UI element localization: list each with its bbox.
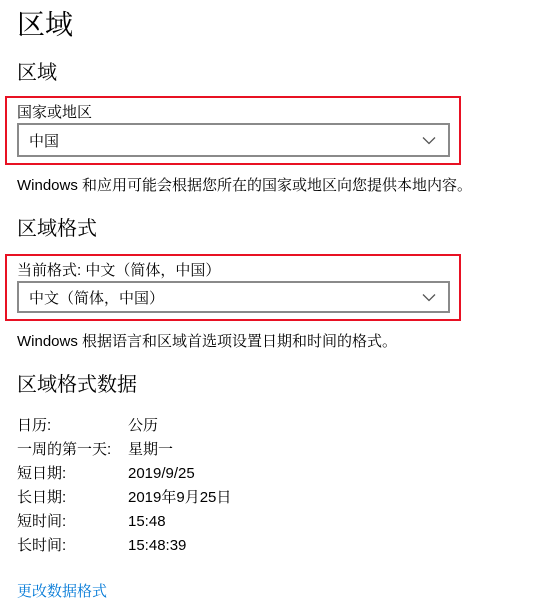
row-value: 2019年9月25日 (128, 486, 231, 510)
country-region-dropdown[interactable]: 中国 (17, 123, 450, 157)
section-heading-region: 区域 (17, 60, 554, 86)
row-value: 15:48 (128, 510, 166, 534)
row-label: 短日期: (17, 462, 128, 486)
current-format-label: 当前格式: 中文（简体，中国） (17, 261, 450, 281)
format-data-row-first-day: 一周的第一天: 星期一 (17, 438, 554, 462)
country-region-highlight-box: 国家或地区 中国 (5, 96, 461, 165)
section-heading-format-data: 区域格式数据 (17, 372, 554, 398)
chevron-down-icon (422, 293, 436, 302)
page-title: 区域 (17, 6, 554, 44)
row-label: 长日期: (17, 486, 128, 510)
format-data-row-short-time: 短时间: 15:48 (17, 510, 554, 534)
region-settings-page: 区域 区域 国家或地区 中国 Windows 和应用可能会根据您所在的国家或地区… (0, 6, 554, 610)
country-region-value: 中国 (29, 130, 59, 151)
row-value: 公历 (128, 414, 158, 438)
row-label: 长时间: (17, 534, 128, 558)
regional-format-description: Windows 根据语言和区域首选项设置日期和时间的格式。 (17, 332, 487, 352)
row-label: 短时间: (17, 510, 128, 534)
format-data-row-long-date: 长日期: 2019年9月25日 (17, 486, 554, 510)
format-data-row-short-date: 短日期: 2019/9/25 (17, 462, 554, 486)
section-heading-regional-format: 区域格式 (17, 216, 554, 242)
row-value: 15:48:39 (128, 534, 186, 558)
format-data-row-calendar: 日历: 公历 (17, 414, 554, 438)
country-region-description: Windows 和应用可能会根据您所在的国家或地区向您提供本地内容。 (17, 176, 487, 196)
country-region-label: 国家或地区 (17, 103, 450, 123)
row-label: 日历: (17, 414, 128, 438)
row-value: 2019/9/25 (128, 462, 195, 486)
change-data-formats-link[interactable]: 更改数据格式 (17, 582, 107, 602)
regional-format-dropdown[interactable]: 中文（简体，中国） (17, 281, 450, 313)
chevron-down-icon (422, 136, 436, 145)
row-label: 一周的第一天: (17, 438, 128, 462)
regional-format-value: 中文（简体，中国） (29, 287, 164, 308)
format-data-table: 日历: 公历 一周的第一天: 星期一 短日期: 2019/9/25 长日期: 2… (17, 414, 554, 558)
row-value: 星期一 (128, 438, 173, 462)
format-data-row-long-time: 长时间: 15:48:39 (17, 534, 554, 558)
regional-format-highlight-box: 当前格式: 中文（简体，中国） 中文（简体，中国） (5, 254, 461, 321)
